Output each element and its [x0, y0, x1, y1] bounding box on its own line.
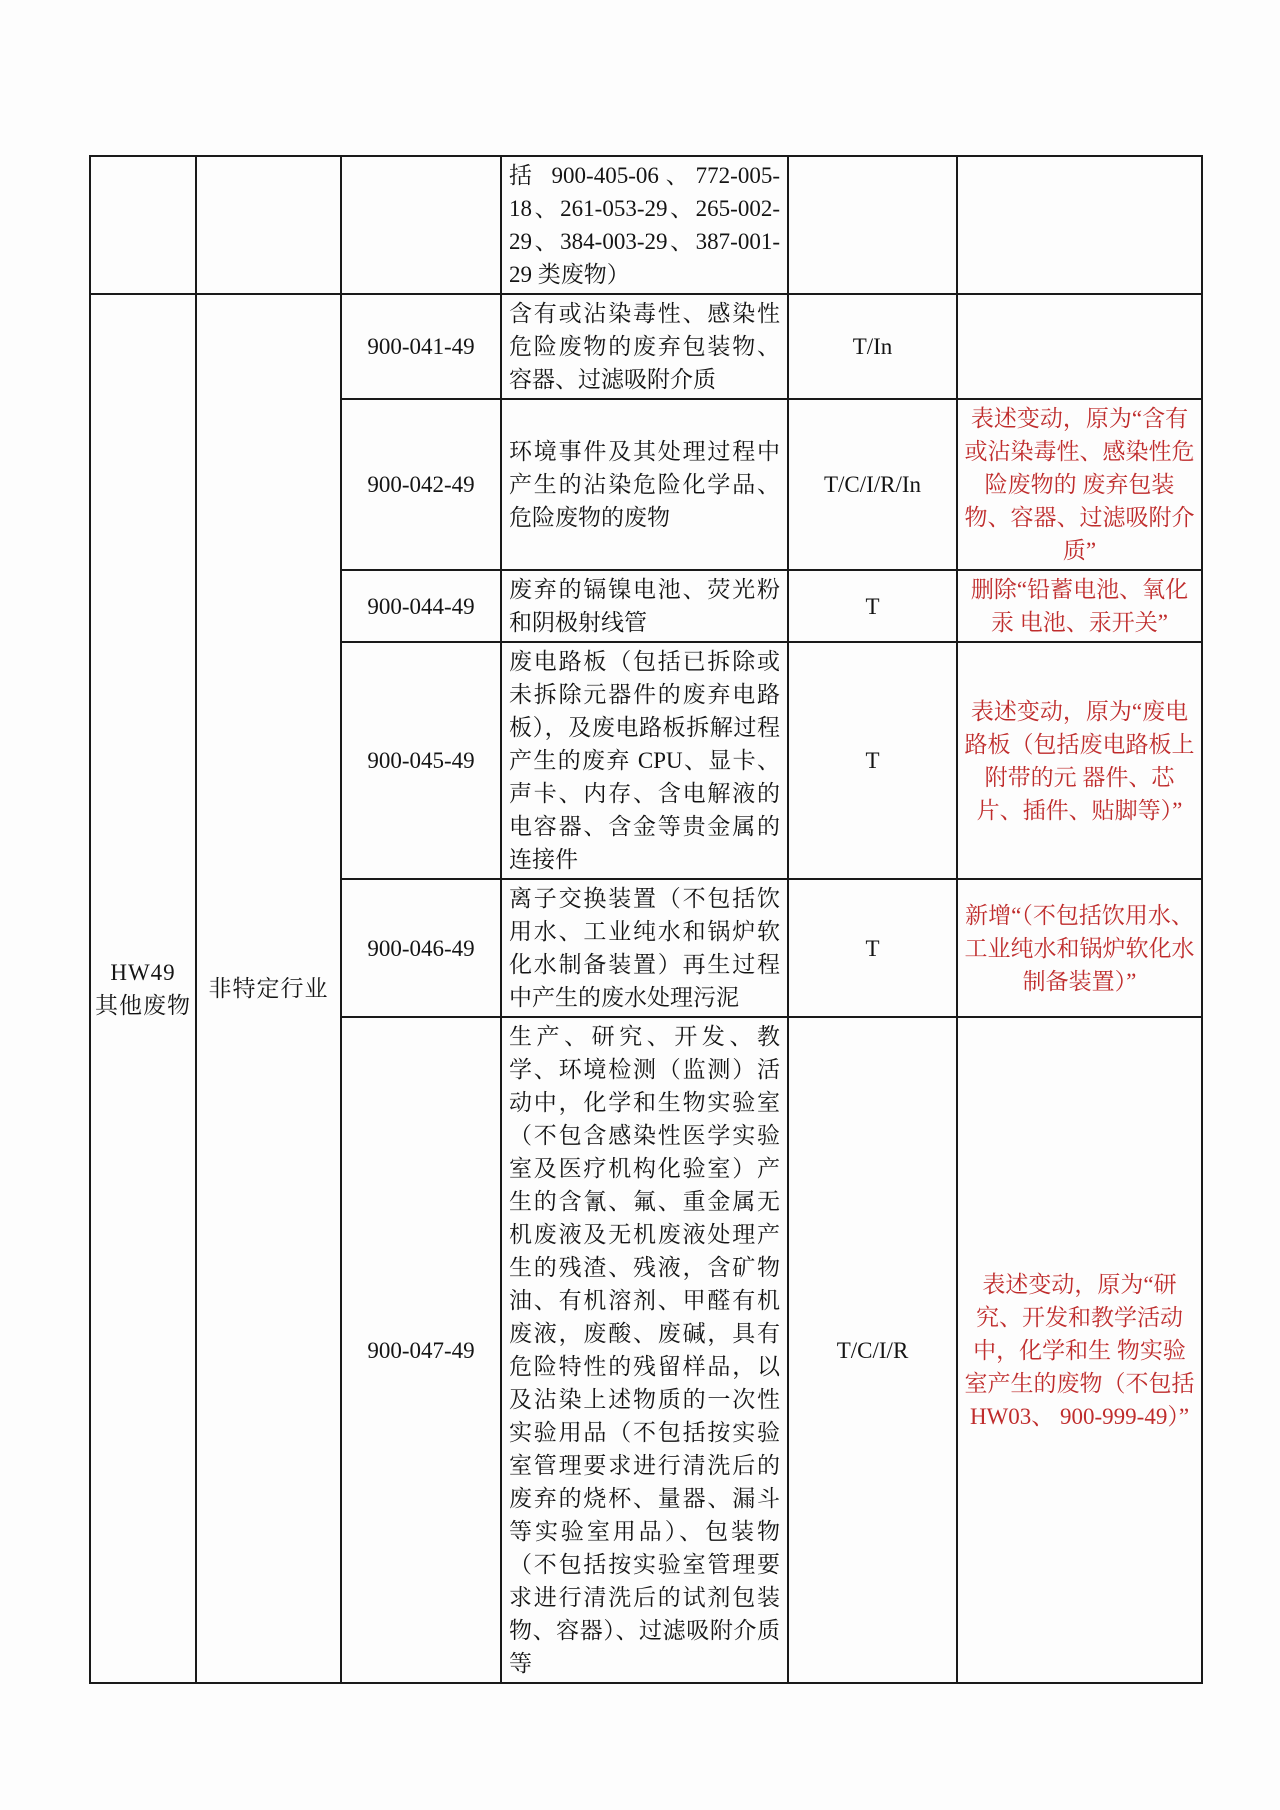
- industry-cell: 非特定行业: [196, 294, 341, 1683]
- industry-cell-empty: [196, 156, 341, 294]
- waste-code-cell: 900-044-49: [341, 570, 501, 642]
- revision-note-cell: 表述变动，原为“研究、开发和教学活动中，化学和生 物实验室产生的废物（不包括 H…: [957, 1017, 1202, 1683]
- category-code: HW49: [91, 956, 195, 989]
- hazard-property-cell: T/In: [788, 294, 957, 399]
- document-page: 括 900-405-06、772-005-18、261-053-29、265-0…: [0, 0, 1280, 1810]
- hazard-property-cell: T: [788, 642, 957, 879]
- hazard-property-cell: T/C/I/R/In: [788, 399, 957, 570]
- revision-note-cell-empty: [957, 156, 1202, 294]
- waste-description-cell: 环境事件及其处理过程中产生的沾染危险化学品、危险废物的废物: [501, 399, 788, 570]
- hazard-property-cell-empty: [788, 156, 957, 294]
- hazard-property-cell: T: [788, 879, 957, 1017]
- waste-code-cell: 900-046-49: [341, 879, 501, 1017]
- hazard-property-cell: T/C/I/R: [788, 1017, 957, 1683]
- revision-note-cell: [957, 294, 1202, 399]
- revision-note-cell: 删除“铅蓄电池、氧化汞 电池、汞开关”: [957, 570, 1202, 642]
- waste-description-cell: 离子交换装置（不包括饮用水、工业纯水和锅炉软化水制备装置）再生过程中产生的废水处…: [501, 879, 788, 1017]
- revision-note-cell: 表述变动，原为“含有或沾染毒性、感染性危险废物的 废弃包装物、容器、过滤吸附介质…: [957, 399, 1202, 570]
- table-row-continuation: 括 900-405-06、772-005-18、261-053-29、265-0…: [90, 156, 1202, 294]
- waste-description-cell: 含有或沾染毒性、感染性危险废物的废弃包装物、容器、过滤吸附介质: [501, 294, 788, 399]
- revision-note-cell: 新增“（不包括饮用水、工业纯水和锅炉软化水制备装置）”: [957, 879, 1202, 1017]
- category-name: 其他废物: [91, 989, 195, 1022]
- waste-code-cell-empty: [341, 156, 501, 294]
- waste-code-cell: 900-042-49: [341, 399, 501, 570]
- hazard-property-cell: T: [788, 570, 957, 642]
- category-cell-hw49: HW49 其他废物: [90, 294, 196, 1683]
- waste-code-cell: 900-047-49: [341, 1017, 501, 1683]
- waste-description-cell: 废弃的镉镍电池、荧光粉和阴极射线管: [501, 570, 788, 642]
- hazardous-waste-revision-table: 括 900-405-06、772-005-18、261-053-29、265-0…: [89, 155, 1203, 1684]
- category-cell-empty: [90, 156, 196, 294]
- revision-note-cell: 表述变动，原为“废电路板（包括废电路板上附带的元 器件、芯片、插件、贴脚等）”: [957, 642, 1202, 879]
- waste-code-cell: 900-041-49: [341, 294, 501, 399]
- waste-description-cell: 废电路板（包括已拆除或未拆除元器件的废弃电路板），及废电路板拆解过程产生的废弃 …: [501, 642, 788, 879]
- hazardous-waste-table-wrap: 括 900-405-06、772-005-18、261-053-29、265-0…: [89, 155, 1201, 1684]
- table-row-900-041-49: HW49 其他废物 非特定行业 900-041-49 含有或沾染毒性、感染性危险…: [90, 294, 1202, 399]
- waste-description-cell: 括 900-405-06、772-005-18、261-053-29、265-0…: [501, 156, 788, 294]
- waste-description-cell: 生产、研究、开发、教学、环境检测（监测）活动中，化学和生物实验室（不包含感染性医…: [501, 1017, 788, 1683]
- waste-code-cell: 900-045-49: [341, 642, 501, 879]
